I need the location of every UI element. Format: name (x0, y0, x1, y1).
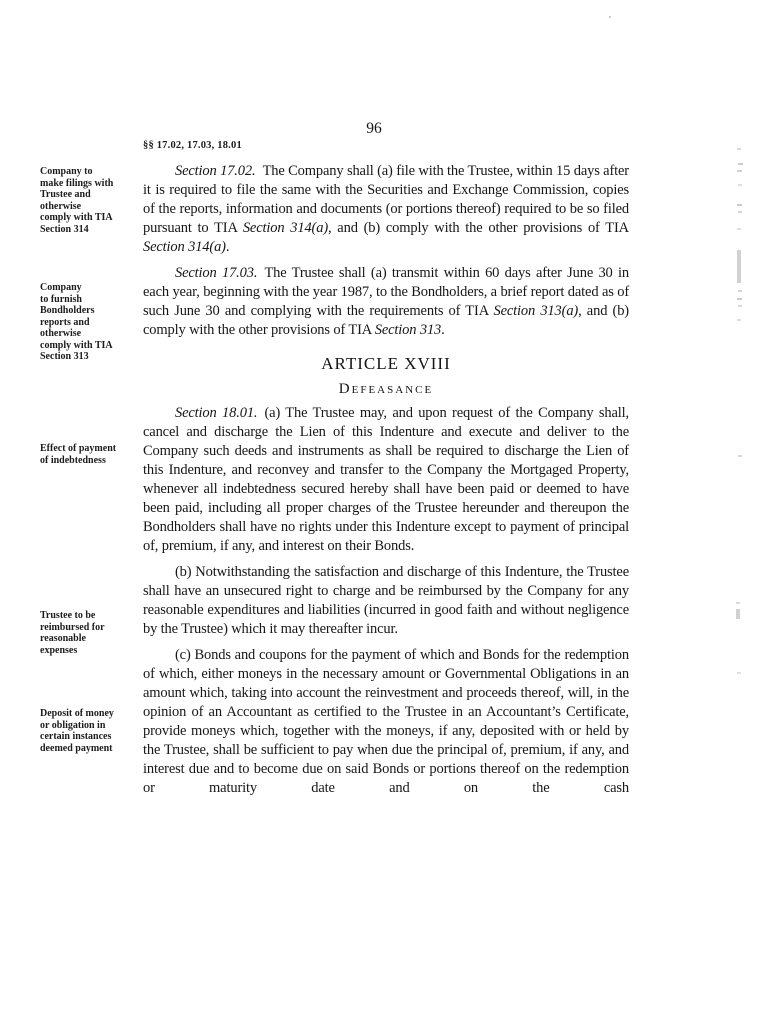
scan-artifact (737, 148, 741, 150)
margin-note-deposit: Deposit of money or obligation in certai… (40, 708, 138, 754)
article-heading: ARTICLE XVIII (143, 354, 629, 374)
scan-artifact (737, 250, 741, 283)
paragraph-section-18-01-c: (c) Bonds and coupons for the payment of… (143, 646, 629, 798)
italic-text-run: Section 314(a) (143, 239, 226, 255)
scan-artifact (738, 290, 742, 292)
section-references: §§ 17.02, 17.03, 18.01 (143, 140, 629, 151)
text-run: . (226, 239, 229, 255)
text-run: . (441, 322, 444, 338)
margin-note-trustee-reimbursed: Trustee to be reimbursed for reasonable … (40, 610, 138, 656)
text-run: (a) The Trustee may, and upon request of… (143, 405, 629, 554)
text-run: , and (b) comply with the other provisio… (328, 220, 629, 236)
scan-artifact (737, 672, 741, 674)
paragraph-section-17-03: Section 17.03. The Trustee shall (a) tra… (143, 264, 629, 340)
margin-note-filings: Company to make filings with Trustee and… (40, 166, 138, 235)
text-run: (c) Bonds and coupons for the payment of… (143, 647, 629, 796)
scan-artifact (738, 455, 742, 457)
scan-artifact (737, 204, 742, 206)
paragraph-section-17-02: Section 17.02. The Company shall (a) fil… (143, 162, 629, 257)
italic-text-run: Section 17.03. (175, 265, 257, 281)
document-page: Company to make filings with Trustee and… (0, 0, 765, 1036)
paragraph-section-18-01-b: (b) Notwithstanding the satisfaction and… (143, 563, 629, 639)
scan-artifact (736, 602, 740, 604)
scan-artifact (737, 170, 742, 172)
scan-artifact (737, 298, 742, 300)
text-run: (b) Notwithstanding the satisfaction and… (143, 564, 629, 637)
italic-text-run: Section 17.02. (175, 163, 255, 179)
italic-text-run: Section 314(a) (243, 220, 328, 236)
scan-artifact (738, 305, 742, 307)
article-subtitle: Defeasance (143, 381, 629, 398)
page-number: 96 (131, 120, 617, 138)
scan-artifact (738, 211, 742, 213)
italic-text-run: Section 313(a) (493, 303, 578, 319)
margin-note-reports: Company to furnish Bondholders reports a… (40, 282, 138, 363)
scan-artifact (738, 184, 742, 186)
scan-artifact (738, 163, 743, 165)
scan-artifact (736, 609, 740, 619)
scan-artifact (737, 228, 741, 230)
italic-text-run: Section 18.01. (175, 405, 257, 421)
paragraph-section-18-01-a: Section 18.01. (a) The Trustee may, and … (143, 404, 629, 556)
margin-note-effect-of-payment: Effect of payment of indebtedness (40, 443, 138, 466)
scan-artifact (609, 16, 611, 18)
scan-artifact (737, 319, 741, 321)
italic-text-run: Section 313 (375, 322, 441, 338)
main-text-column: 96 §§ 17.02, 17.03, 18.01 Section 17.02.… (143, 120, 629, 798)
